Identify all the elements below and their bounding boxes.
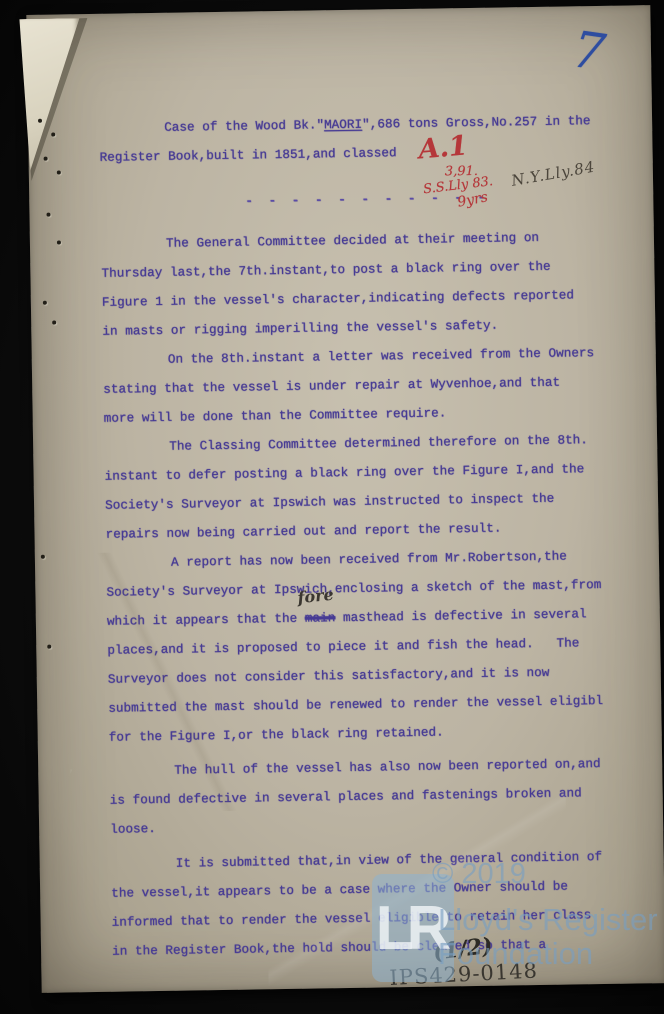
pin-hole bbox=[57, 240, 61, 244]
paragraph: The General Committee decided at their m… bbox=[101, 222, 615, 346]
pin-hole bbox=[46, 213, 50, 217]
red-class-annotation: A.1 bbox=[417, 130, 469, 165]
pin-hole bbox=[43, 301, 47, 305]
photographed-document: 7 Case of the Wood Bk."MAORI",686 tons G… bbox=[0, 0, 664, 1014]
pin-hole bbox=[44, 157, 48, 161]
archive-reference: IPS429-0148 bbox=[389, 958, 538, 989]
handwritten-page-number: 7 bbox=[569, 20, 609, 82]
paragraph: The hull of the vessel has also now been… bbox=[109, 749, 622, 844]
pin-hole bbox=[52, 321, 56, 325]
document-page: 7 Case of the Wood Bk."MAORI",686 tons G… bbox=[26, 5, 664, 993]
pin-hole bbox=[41, 555, 45, 559]
pin-hole bbox=[51, 133, 55, 137]
vessel-name: MAORI bbox=[324, 117, 362, 133]
pin-hole bbox=[38, 119, 42, 123]
paragraph: It is submitted that,in view of the gene… bbox=[110, 842, 624, 966]
paragraph: The Classing Committee determined theref… bbox=[104, 425, 618, 549]
struck-out-word: main bbox=[305, 610, 336, 625]
paragraph: A report has now been received from Mr.R… bbox=[106, 541, 621, 752]
paragraph: On the 8th.instant a letter was received… bbox=[103, 338, 616, 433]
pin-hole bbox=[47, 645, 51, 649]
title-paragraph: Case of the Wood Bk."MAORI",686 tons Gro… bbox=[99, 106, 612, 172]
pin-hole bbox=[57, 170, 61, 174]
typewritten-text: Case of the Wood Bk."MAORI",686 tons Gro… bbox=[99, 106, 624, 966]
handwritten-correction: fore bbox=[297, 585, 335, 608]
